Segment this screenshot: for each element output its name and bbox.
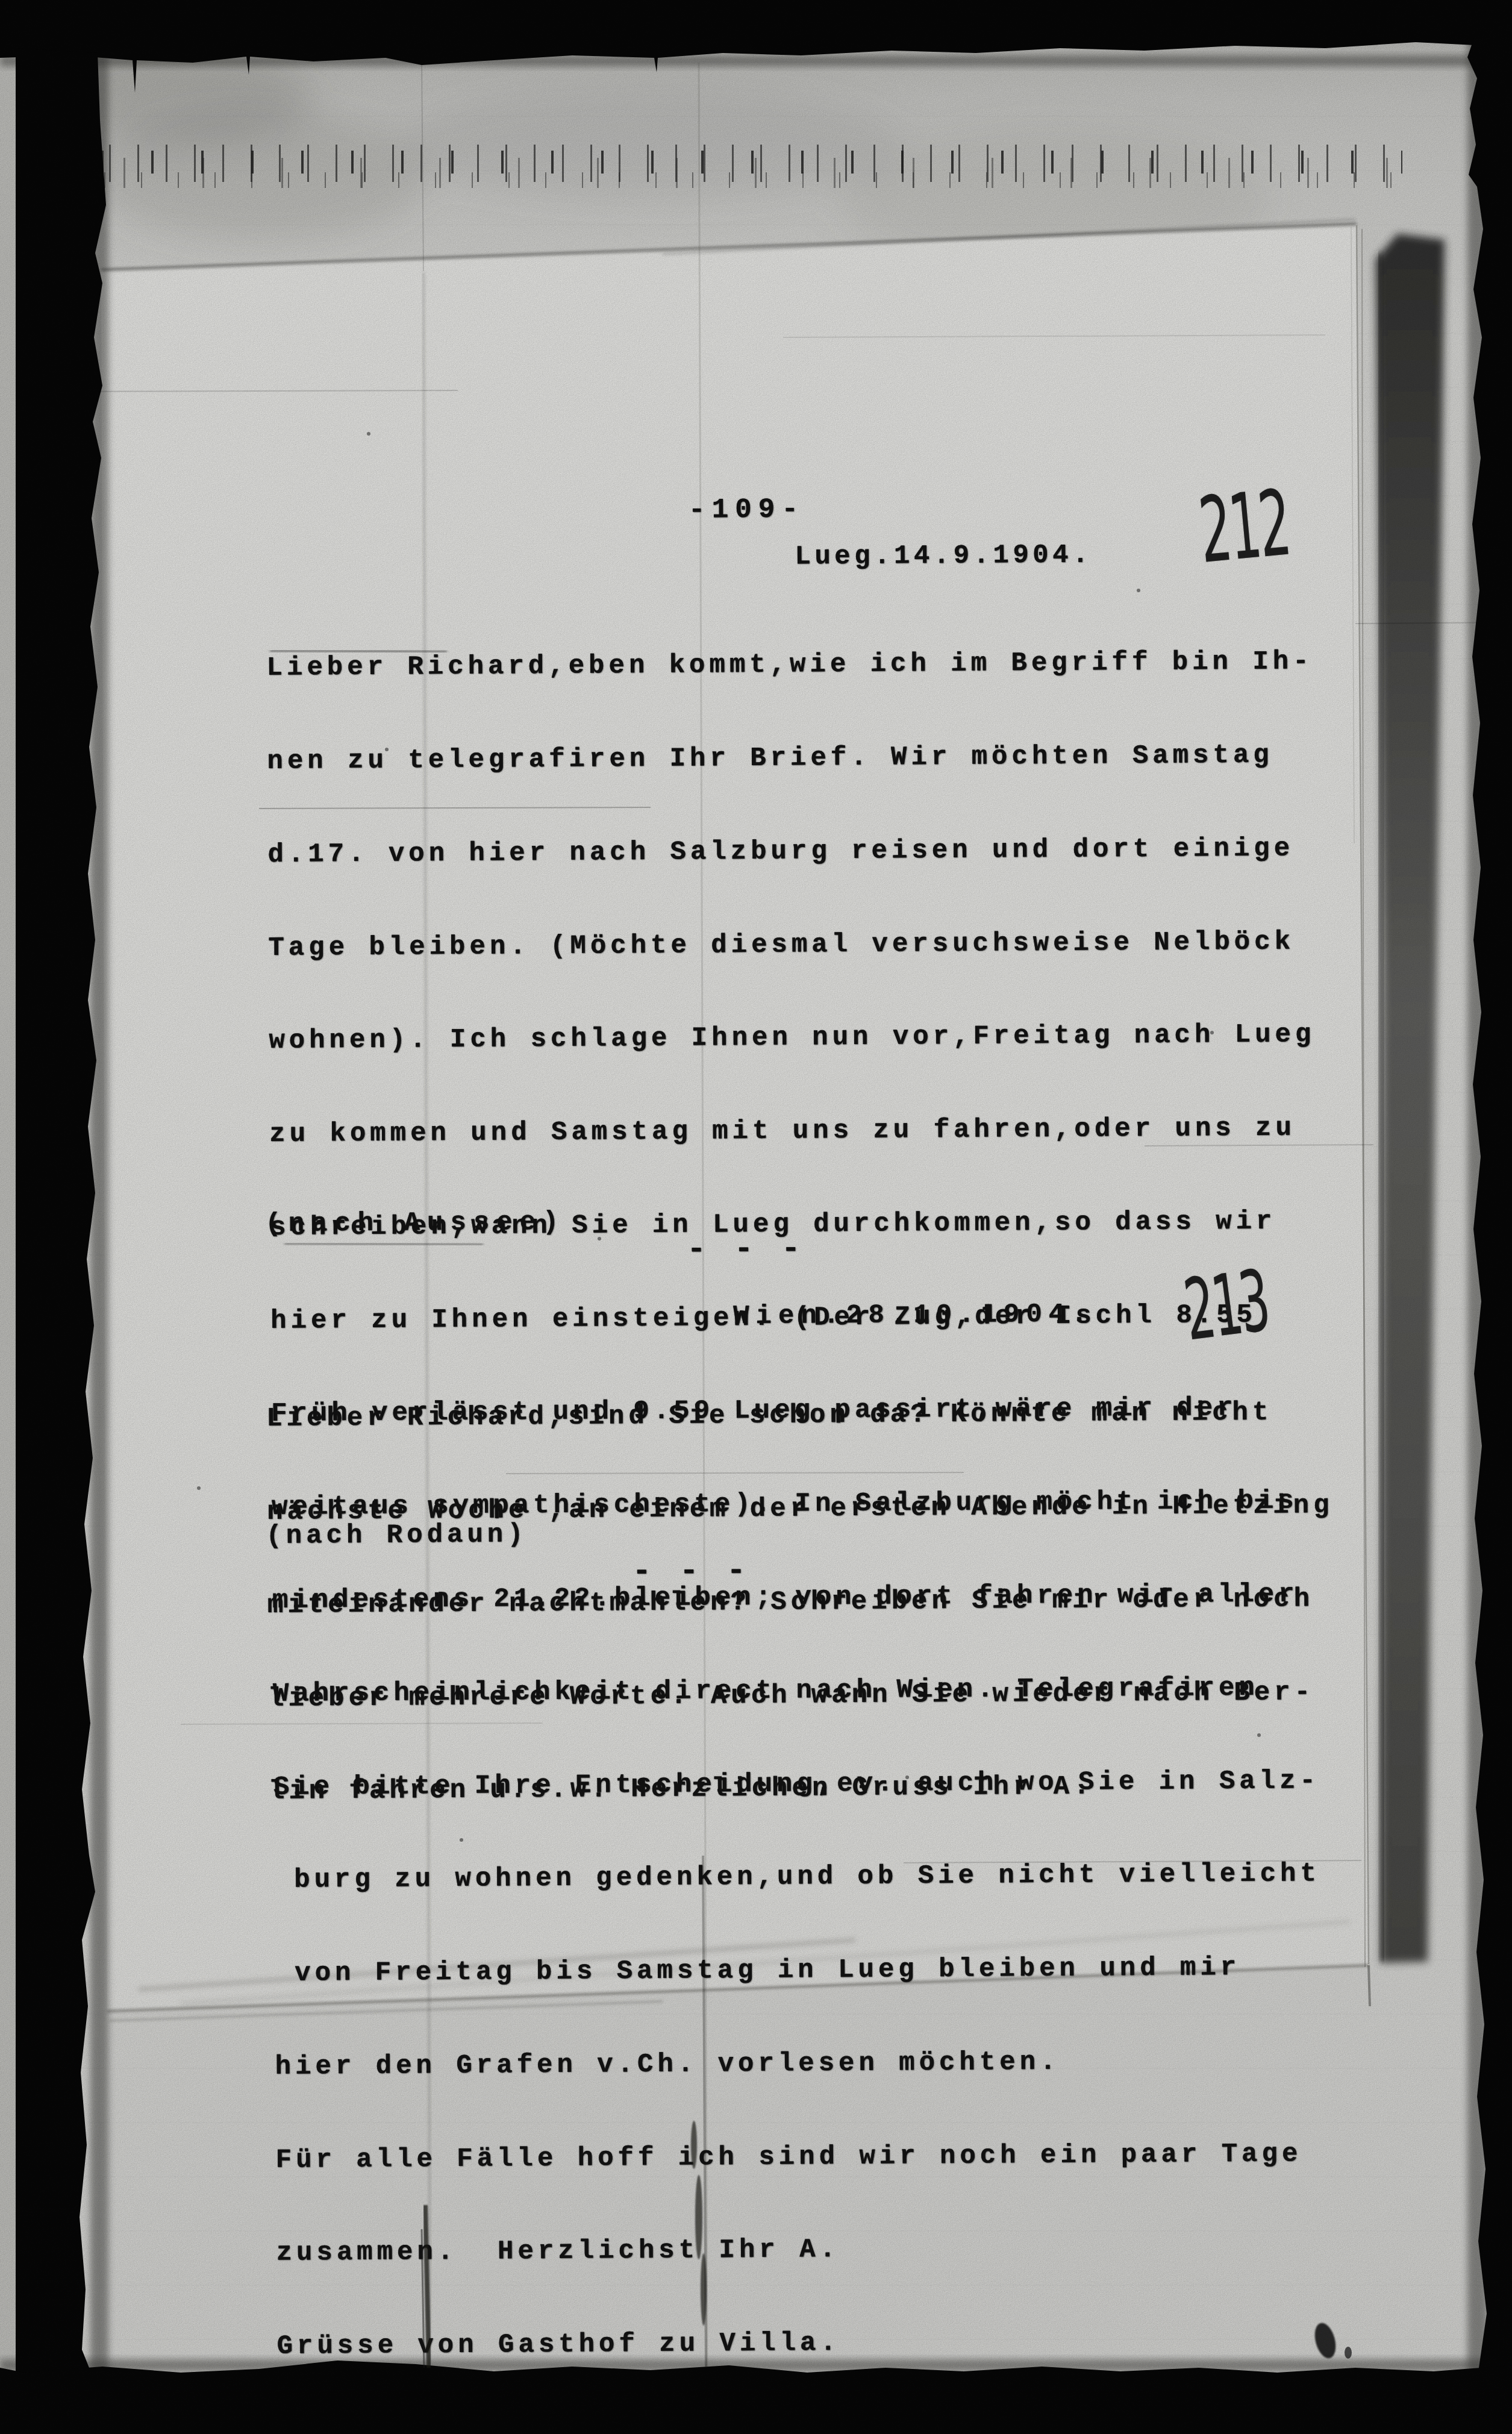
separator-dashes: - - - (687, 1231, 805, 1267)
dateline-letter-2: Wien.28.10.1904. (733, 1300, 1094, 1332)
letter-line: miteinander nachtmahlen? Schreiben Sie m… (267, 1584, 1334, 1621)
annotation-nach-rodaun: (nach Rodaun) (266, 1519, 528, 1551)
dateline-letter-1: Lueg.14.9.1904. (795, 540, 1092, 572)
letter-line: zusammen. Herzlichst Ihr A. (276, 2232, 1322, 2270)
letter-line: wohnen). Ich schlage Ihnen nun vor,Freit… (269, 1020, 1315, 1057)
folio-number-212: 212 (1196, 478, 1293, 577)
letter-line: Lieber Richard,sind Sie schon da? Könnte… (266, 1397, 1333, 1434)
letter-line: nen zu telegrafiren Ihr Brief. Wir möcht… (267, 740, 1313, 777)
typed-text-layer: -109- 212 Lueg.14.9.1904. Lieber Richard… (0, 0, 1512, 2434)
letter-line: lin fahren u.s.w. Herzlichen Gruss Ihr A… (269, 1770, 1335, 1807)
letter-line: von Freitag bis Samstag in Lueg bleiben … (275, 1952, 1321, 1989)
typed-page-number: -109- (689, 493, 805, 525)
annotation-nach-aussee: (nach Aussee) (265, 1207, 566, 1239)
letter-line: d.17. von hier nach Salzburg reisen und … (267, 833, 1314, 871)
letter-line: lieber mehrere Worte. Auch wann Sie wied… (268, 1677, 1335, 1715)
letter-line: hier den Grafen v.Ch. vorlesen möchten. (275, 2045, 1322, 2083)
letter-line: Lieber Richard,eben kommt,wie ich im Beg… (266, 646, 1313, 684)
microfilm-frame: -109- 212 Lueg.14.9.1904. Lieber Richard… (0, 0, 1512, 2434)
separator-dashes: - - - (633, 1553, 751, 1589)
letter-2-body: Lieber Richard,sind Sie schon da? Könnte… (266, 1335, 1335, 1870)
letter-line: Tage bleiben. (Möchte diesmal versuchswe… (268, 927, 1314, 964)
letter-line: Für alle Fälle hoff ich sind wir noch ei… (276, 2139, 1322, 2176)
letter-line: zu kommen und Samstag mit uns zu fahren,… (269, 1113, 1316, 1150)
letter-line: Grüsse von Gasthof zu Villa. (276, 2326, 1323, 2363)
